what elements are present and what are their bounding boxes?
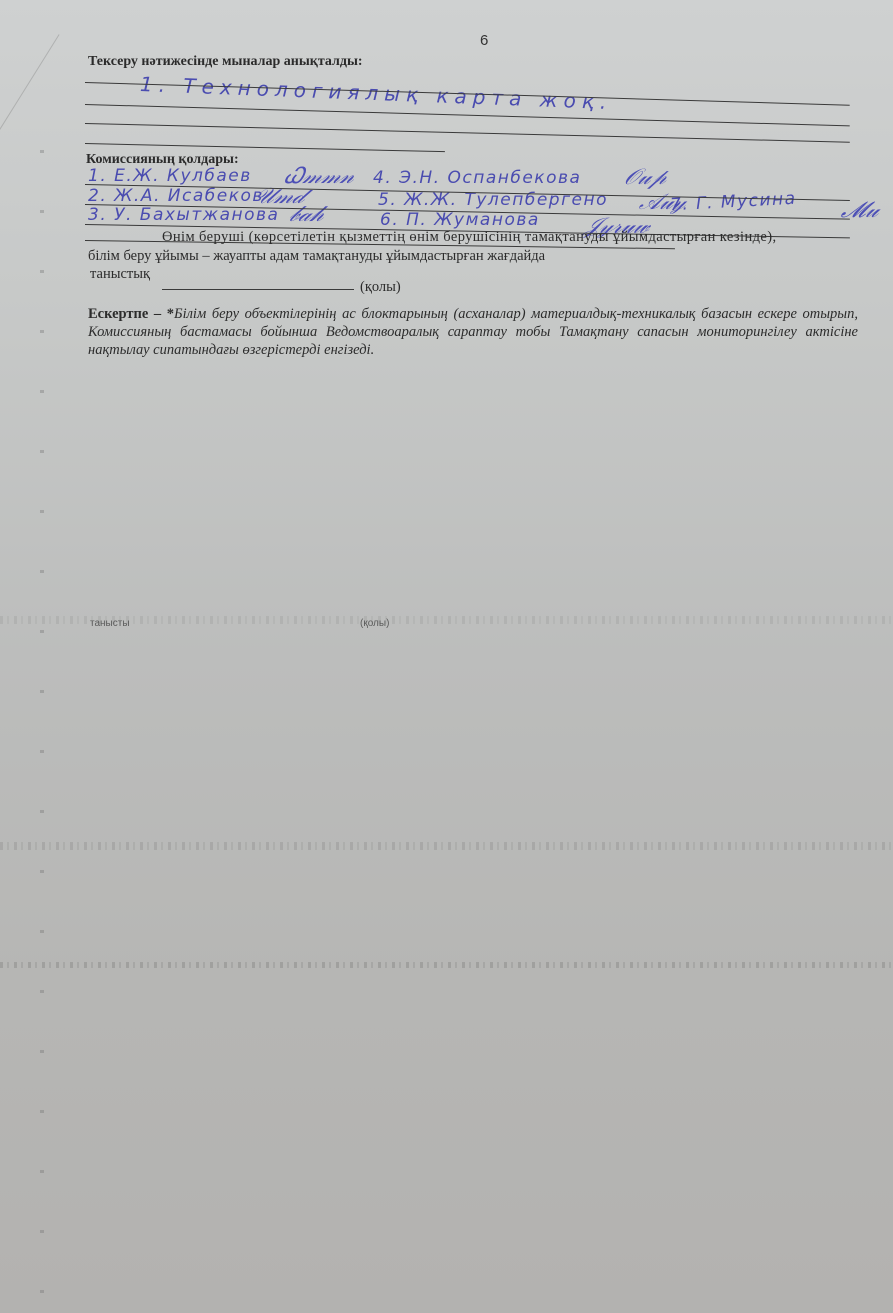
commission-member-7: 7. Г. Мусина xyxy=(670,189,797,216)
bleed-through-acquainted: танысты xyxy=(90,618,130,629)
signature-member-3: 𝒷𝒶𝒽 xyxy=(287,202,328,227)
note-block: Ескертпе – *Білім беру объектілерінің ас… xyxy=(88,305,858,359)
commission-member-2: 2. Ж.А. Исабеков xyxy=(88,186,264,206)
acquainted-label: таныстық xyxy=(90,267,150,282)
signature-caption: (қолы) xyxy=(360,280,401,295)
bleed-through-signature: (қолы) xyxy=(360,618,389,629)
producer-line-1: Өнім беруші (көрсетілетін қызметтің өнім… xyxy=(162,230,776,245)
commission-member-4: 4. Э.Н. Оспанбекова xyxy=(373,168,581,188)
findings-heading: Тексеру нәтижесінде мыналар анықталды: xyxy=(88,55,363,69)
bleed-through-band-1 xyxy=(0,616,893,624)
findings-line-3 xyxy=(85,123,850,143)
note-text: Білім беру объектілерінің ас блоктарының… xyxy=(88,306,858,358)
producer-line-2: білім беру ұйымы – жауапты адам тамақтан… xyxy=(88,249,545,264)
signature-member-4: 𝒪𝓊𝓅 xyxy=(622,165,671,190)
acquainted-signature-line xyxy=(162,289,354,290)
bleed-through-band-3 xyxy=(0,962,893,968)
commission-member-1: 1. Е.Ж. Кулбаев xyxy=(88,166,252,186)
commission-heading: Комиссияның қолдары: xyxy=(86,153,239,167)
page-number: 6 xyxy=(480,32,488,49)
punch-hole-marks xyxy=(40,150,44,1300)
findings-line-4-short xyxy=(85,143,445,152)
page-edge-shadow xyxy=(0,0,60,340)
bleed-through-band-2 xyxy=(0,842,893,850)
note-label: Ескертпе – * xyxy=(88,306,174,322)
